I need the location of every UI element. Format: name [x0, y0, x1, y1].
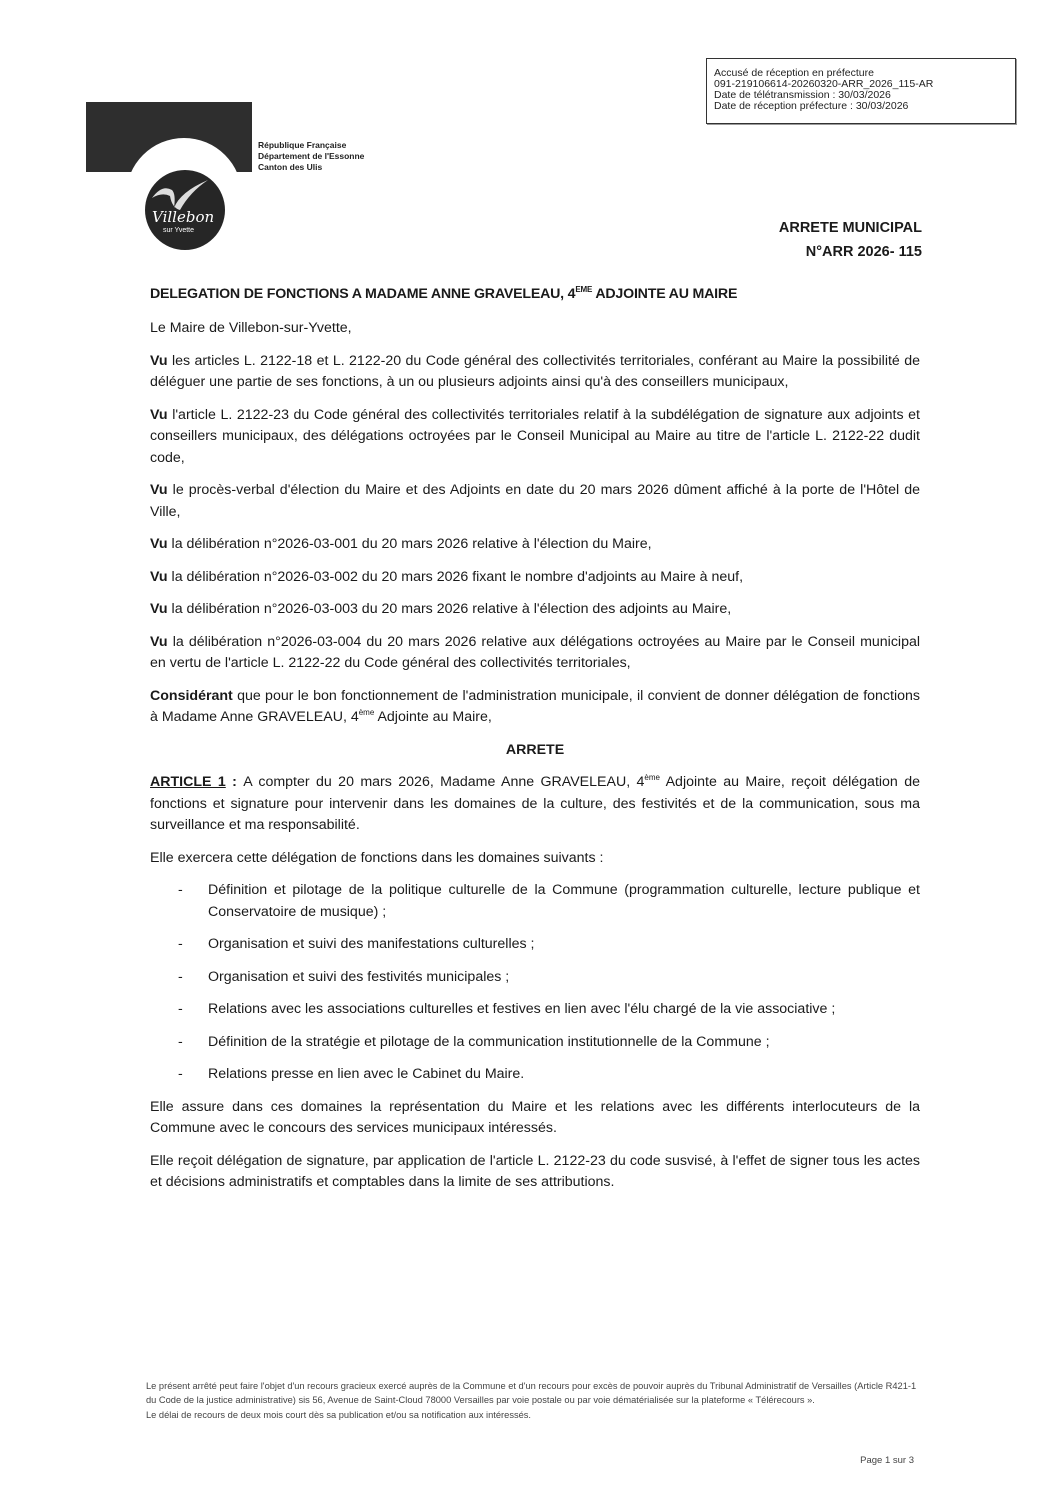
page-number: Page 1 sur 3: [860, 1455, 914, 1466]
representation-paragraph: Elle assure dans ces domaines la représe…: [150, 1097, 920, 1140]
vu-lead: Vu: [150, 407, 168, 423]
vu-clause: Vu les articles L. 2122-18 et L. 2122-20…: [150, 351, 920, 394]
intro: Le Maire de Villebon-sur-Yvette,: [150, 318, 920, 340]
document-body: Le Maire de Villebon-sur-Yvette, Vu les …: [150, 318, 920, 1205]
list-item: -Organisation et suivi des manifestation…: [150, 934, 920, 956]
domain-text: Relations avec les associations culturel…: [208, 1001, 835, 1017]
list-item: -Relations presse en lien avec le Cabine…: [150, 1064, 920, 1086]
dash-bullet-icon: -: [178, 934, 183, 956]
domain-text: Relations presse en lien avec le Cabinet…: [208, 1066, 524, 1082]
domain-text: Définition de la stratégie et pilotage d…: [208, 1034, 770, 1050]
article-1: ARTICLE 1 : A compter du 20 mars 2026, M…: [150, 772, 920, 837]
domain-text: Organisation et suivi des manifestations…: [208, 936, 534, 952]
title-text: DELEGATION DE FONCTIONS A MADAME ANNE GR…: [150, 286, 575, 302]
vu-lead: Vu: [150, 569, 168, 585]
dash-bullet-icon: -: [178, 1064, 183, 1086]
dash-bullet-icon: -: [178, 967, 183, 989]
dash-bullet-icon: -: [178, 999, 183, 1021]
vu-text: la délibération n°2026-03-002 du 20 mars…: [168, 569, 743, 585]
vu-lead: Vu: [150, 482, 168, 498]
article-1-sep: :: [226, 774, 244, 790]
vu-clause: Vu la délibération n°2026-03-002 du 20 m…: [150, 567, 920, 589]
list-item: -Définition et pilotage de la politique …: [150, 880, 920, 923]
republic-label: République Française: [258, 140, 364, 151]
considerant-lead: Considérant: [150, 688, 233, 704]
list-item: -Relations avec les associations culture…: [150, 999, 920, 1021]
domain-text: Organisation et suivi des festivités mun…: [208, 969, 509, 985]
vu-lead: Vu: [150, 634, 168, 650]
document-title: DELEGATION DE FONCTIONS A MADAME ANNE GR…: [150, 286, 737, 302]
list-item: -Organisation et suivi des festivités mu…: [150, 967, 920, 989]
arrete-heading: ARRETE MUNICIPAL N°ARR 2026- 115: [779, 216, 922, 264]
vu-clause: Vu le procès-verbal d'élection du Maire …: [150, 480, 920, 523]
considerant-clause: Considérant que pour le bon fonctionneme…: [150, 686, 920, 729]
bird-icon: [150, 178, 210, 212]
legal-footer: Le présent arrêté peut faire l'objet d'u…: [146, 1379, 926, 1422]
recours-notice: Le présent arrêté peut faire l'objet d'u…: [146, 1379, 926, 1408]
vu-text: l'article L. 2122-23 du Code général des…: [150, 407, 920, 466]
vu-clause: Vu la délibération n°2026-03-004 du 20 m…: [150, 632, 920, 675]
article-1-text: A compter du 20 mars 2026, Madame Anne G…: [243, 774, 644, 790]
prefecture-receipt-stamp: Accusé de réception en préfecture 091-21…: [706, 58, 1016, 124]
signature-paragraph: Elle reçoit délégation de signature, par…: [150, 1151, 920, 1194]
arrete-number: N°ARR 2026- 115: [779, 240, 922, 264]
vu-clause: Vu l'article L. 2122-23 du Code général …: [150, 405, 920, 470]
logo-sub: sur Yvette: [163, 227, 194, 234]
vu-text: la délibération n°2026-03-001 du 20 mars…: [168, 536, 652, 552]
canton-label: Canton des Ulis: [258, 162, 364, 173]
stamp-line: Date de réception préfecture : 30/03/202…: [714, 101, 1015, 112]
domains-list: -Définition et pilotage de la politique …: [150, 880, 920, 1086]
vu-text: la délibération n°2026-03-004 du 20 mars…: [150, 634, 920, 672]
article-1-sup: ème: [644, 773, 660, 782]
vu-clause: Vu la délibération n°2026-03-001 du 20 m…: [150, 534, 920, 556]
vu-clause: Vu la délibération n°2026-03-003 du 20 m…: [150, 599, 920, 621]
administrative-header: République Française Département de l'Es…: [258, 140, 364, 173]
dash-bullet-icon: -: [178, 1032, 183, 1054]
considerant-text-end: Adjointe au Maire,: [374, 709, 492, 725]
department-label: Département de l'Essonne: [258, 151, 364, 162]
domains-intro: Elle exercera cette délégation de foncti…: [150, 848, 920, 870]
vu-text: les articles L. 2122-18 et L. 2122-20 du…: [150, 353, 920, 391]
domain-text: Définition et pilotage de la politique c…: [208, 882, 920, 920]
title-text-end: ADJOINTE AU MAIRE: [592, 286, 737, 302]
vu-lead: Vu: [150, 601, 168, 617]
title-sup: EME: [575, 285, 592, 294]
article-1-label: ARTICLE 1: [150, 774, 226, 790]
vu-text: la délibération n°2026-03-003 du 20 mars…: [168, 601, 732, 617]
delai-notice: Le délai de recours de deux mois court d…: [146, 1408, 926, 1422]
arrete-section-heading: ARRETE: [150, 740, 920, 762]
vu-lead: Vu: [150, 536, 168, 552]
vu-text: le procès-verbal d'élection du Maire et …: [150, 482, 920, 520]
list-item: -Définition de la stratégie et pilotage …: [150, 1032, 920, 1054]
dash-bullet-icon: -: [178, 880, 183, 902]
arrete-type: ARRETE MUNICIPAL: [779, 216, 922, 240]
vu-lead: Vu: [150, 353, 168, 369]
logo-name: Villebon: [152, 208, 214, 226]
considerant-text: que pour le bon fonctionnement de l'admi…: [150, 688, 920, 726]
considerant-sup: ème: [359, 708, 375, 717]
